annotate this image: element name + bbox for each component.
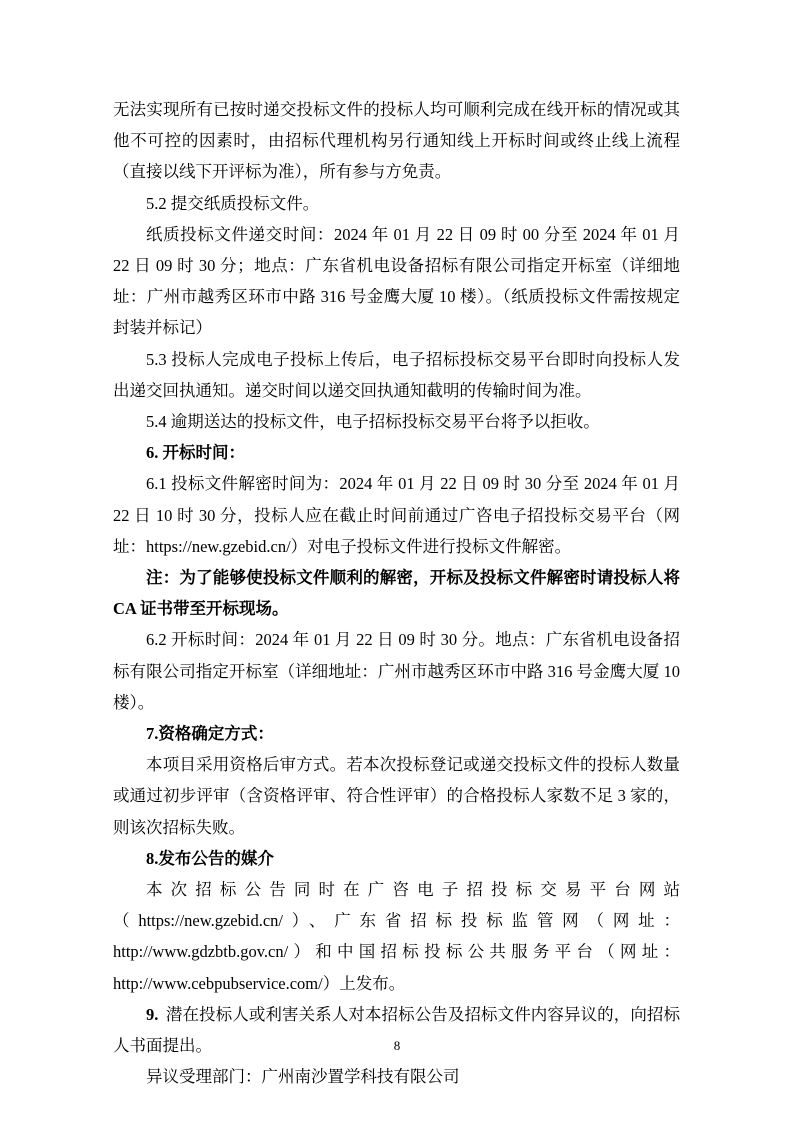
- para-5-4-late-rejection: 5.4 逾期送达的投标文件，电子招标投标交易平台将予以拒收。: [113, 406, 680, 437]
- heading-6-opening-time: 6. 开标时间：: [113, 437, 680, 468]
- para-announcement-media-body: 本次招标公告同时在广咨电子招投标交易平台网站（https://new.gzebi…: [113, 874, 680, 999]
- para-paper-bid-submission: 纸质投标文件递交时间：2024 年 01 月 22 日 09 时 00 分至 2…: [113, 219, 680, 344]
- para-6-2-opening-time-place: 6.2 开标时间：2024 年 01 月 22 日 09 时 30 分。地点：广…: [113, 624, 680, 718]
- para-objection-department: 异议受理部门：广州南沙置学科技有限公司: [113, 1061, 680, 1092]
- heading-8-announcement-media: 8.发布公告的媒介: [113, 843, 680, 874]
- para-qualification-body: 本项目采用资格后审方式。若本次投标登记或递交投标文件的投标人数量或通过初步评审（…: [113, 749, 680, 843]
- page-body: 无法实现所有已按时递交投标文件的投标人均可顺利完成在线开标的情况或其他不可控的因…: [113, 94, 680, 1093]
- page-number: 8: [394, 1038, 401, 1053]
- para-online-bid-disclaimer: 无法实现所有已按时递交投标文件的投标人均可顺利完成在线开标的情况或其他不可控的因…: [113, 94, 680, 188]
- para-5-2-heading: 5.2 提交纸质投标文件。: [113, 188, 680, 219]
- note-ca-certificate: 注：为了能够使投标文件顺利的解密，开标及投标文件解密时请投标人将 CA 证书带至…: [113, 562, 680, 624]
- para-9-number: 9.: [146, 1005, 158, 1024]
- document-page: 无法实现所有已按时递交投标文件的投标人均可顺利完成在线开标的情况或其他不可控的因…: [0, 0, 794, 1123]
- page-footer: 8: [0, 1038, 794, 1054]
- para-6-1-decryption-time: 6.1 投标文件解密时间为：2024 年 01 月 22 日 09 时 30 分…: [113, 468, 680, 562]
- para-5-3-receipt-notice: 5.3 投标人完成电子投标上传后，电子招标投标交易平台即时向投标人发出递交回执通…: [113, 344, 680, 406]
- heading-7-qualification-method: 7.资格确定方式：: [113, 718, 680, 749]
